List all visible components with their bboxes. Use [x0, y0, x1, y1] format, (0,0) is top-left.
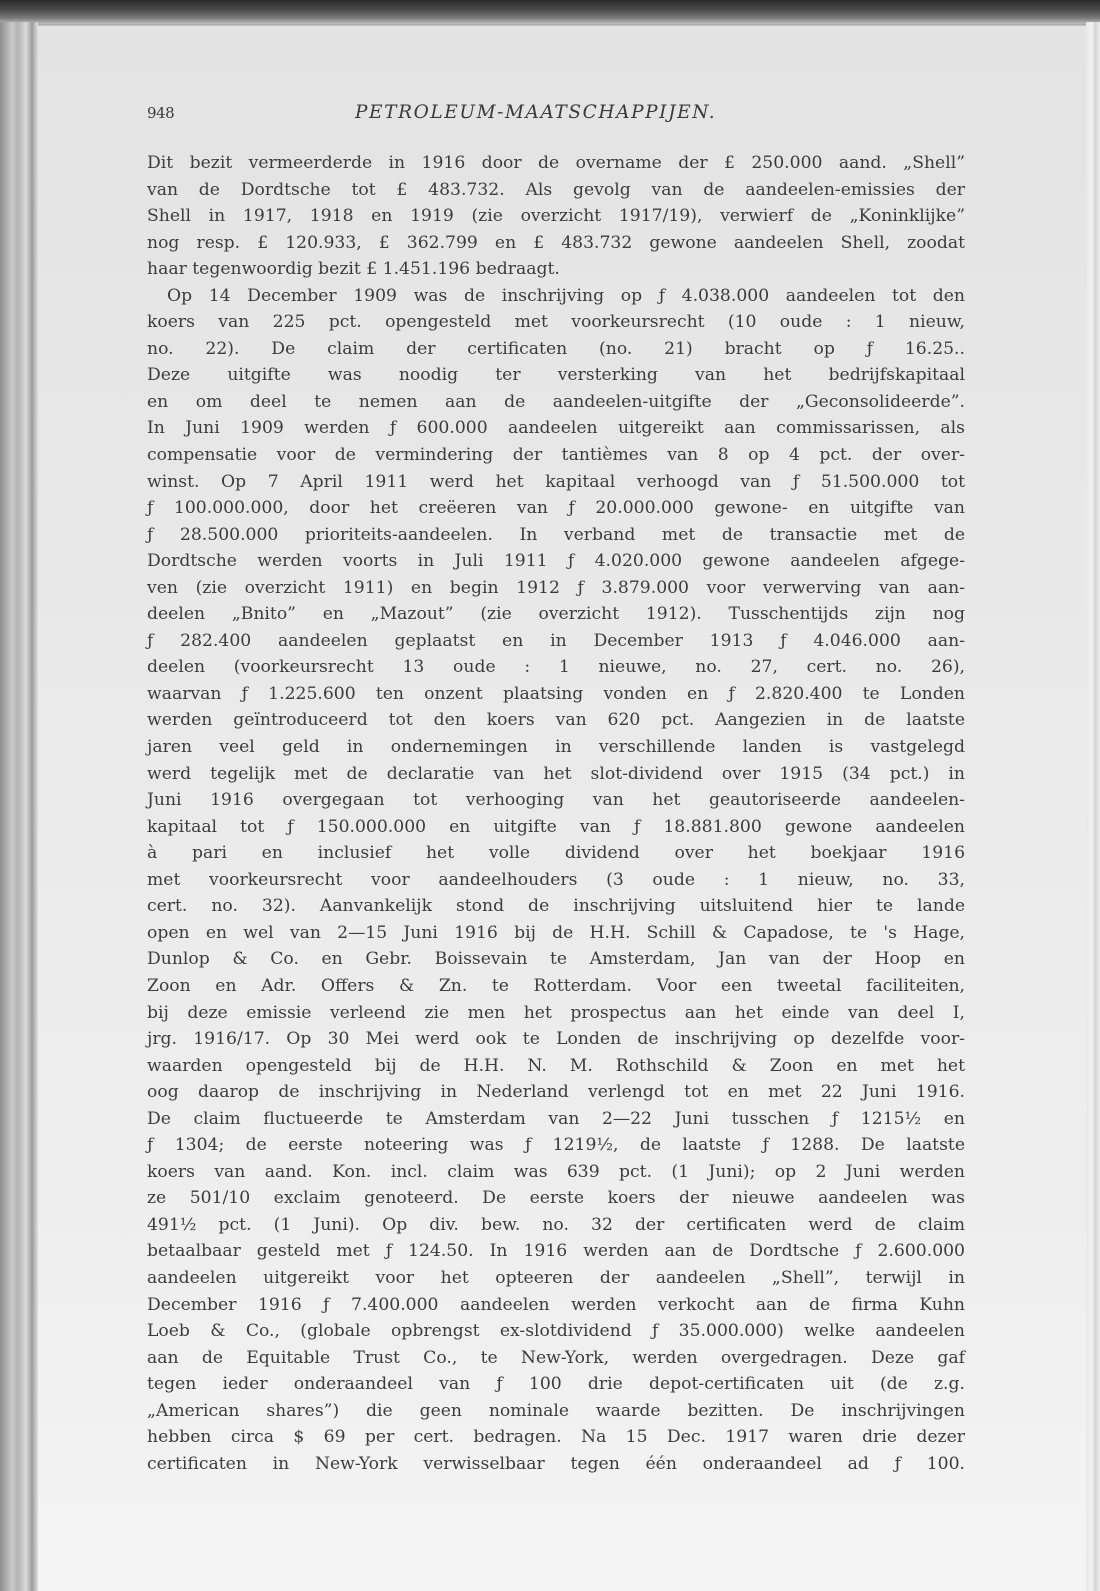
- text-line: nog resp. £ 120.933, £ 362.799 en £ 483.…: [147, 230, 965, 257]
- text-line: ven (zie overzicht 1911) en begin 1912 ƒ…: [147, 575, 965, 602]
- text-line: oog daarop de inschrijving in Nederland …: [147, 1079, 965, 1106]
- text-line: met voorkeursrecht voor aandeelhouders (…: [147, 867, 965, 894]
- text-line: ƒ 28.500.000 prioriteits-aandeelen. In v…: [147, 522, 965, 549]
- running-head: 948 PETROLEUM-MAATSCHAPPIJEN.: [147, 104, 965, 128]
- text-line: waarvan ƒ 1.225.600 ten onzent plaatsing…: [147, 681, 965, 708]
- text-line: en om deel te nemen aan de aandeelen-uit…: [147, 389, 965, 416]
- text-line: werden geïntroduceerd tot den koers van …: [147, 707, 965, 734]
- text-line: jrg. 1916/17. Op 30 Mei werd ook te Lond…: [147, 1026, 965, 1053]
- text-line: aandeelen uitgereikt voor het opteeren d…: [147, 1265, 965, 1292]
- text-line: no. 22). De claim der certificaten (no. …: [147, 336, 965, 363]
- text-line: Loeb & Co., (globale opbrengst ex-slotdi…: [147, 1318, 965, 1345]
- text-line: Dunlop & Co. en Gebr. Boissevain te Amst…: [147, 946, 965, 973]
- text-line: Zoon en Adr. Offers & Zn. te Rotterdam. …: [147, 973, 965, 1000]
- text-line: van de Dordtsche tot £ 483.732. Als gevo…: [147, 177, 965, 204]
- text-line: hebben circa $ 69 per cert. bedragen. Na…: [147, 1424, 965, 1451]
- text-line: winst. Op 7 April 1911 werd het kapitaal…: [147, 469, 965, 496]
- text-line: Shell in 1917, 1918 en 1919 (zie overzic…: [147, 203, 965, 230]
- text-line: waarden opengesteld bij de H.H. N. M. Ro…: [147, 1053, 965, 1080]
- text-line: à pari en inclusief het volle dividend o…: [147, 840, 965, 867]
- text-line: compensatie voor de vermindering der tan…: [147, 442, 965, 469]
- text-line: ƒ 100.000.000, door het creëeren van ƒ 2…: [147, 495, 965, 522]
- text-line: Op 14 December 1909 was de inschrijving …: [147, 283, 965, 310]
- text-line: tegen ieder onderaandeel van ƒ 100 drie …: [147, 1371, 965, 1398]
- running-title: PETROLEUM-MAATSCHAPPIJEN.: [355, 102, 716, 123]
- text-line: deelen „Bnito” en „Mazout” (zie overzich…: [147, 601, 965, 628]
- text-line: 491½ pct. (1 Juni). Op div. bew. no. 32 …: [147, 1212, 965, 1239]
- text-line: Deze uitgifte was noodig ter versterking…: [147, 362, 965, 389]
- book-spine-shadow: [0, 22, 38, 1591]
- page-number: 948: [147, 104, 174, 122]
- text-line: kapitaal tot ƒ 150.000.000 en uitgifte v…: [147, 814, 965, 841]
- text-line: werd tegelijk met de declaratie van het …: [147, 761, 965, 788]
- text-line: ze 501/10 exclaim genoteerd. De eerste k…: [147, 1185, 965, 1212]
- text-line: aan de Equitable Trust Co., te New-York,…: [147, 1345, 965, 1372]
- text-line: ƒ 282.400 aandeelen geplaatst en in Dece…: [147, 628, 965, 655]
- text-line: Dordtsche werden voorts in Juli 1911 ƒ 4…: [147, 548, 965, 575]
- text-line: betaalbaar gesteld met ƒ 124.50. In 1916…: [147, 1238, 965, 1265]
- text-line: koers van aand. Kon. incl. claim was 639…: [147, 1159, 965, 1186]
- text-line: certificaten in New-York verwisselbaar t…: [147, 1451, 965, 1478]
- text-line: Dit bezit vermeerderde in 1916 door de o…: [147, 150, 965, 177]
- text-line: jaren veel geld in ondernemingen in vers…: [147, 734, 965, 761]
- text-line: haar tegenwoordig bezit £ 1.451.196 bedr…: [147, 256, 965, 283]
- text-line: cert. no. 32). Aanvankelijk stond de ins…: [147, 893, 965, 920]
- text-line: „American shares”) die geen nominale waa…: [147, 1398, 965, 1425]
- text-line: De claim fluctueerde te Amsterdam van 2—…: [147, 1106, 965, 1133]
- text-line: open en wel van 2—15 Juni 1916 bij de H.…: [147, 920, 965, 947]
- text-line: ƒ 1304; de eerste noteering was ƒ 1219½,…: [147, 1132, 965, 1159]
- text-line: deelen (voorkeursrecht 13 oude : 1 nieuw…: [147, 654, 965, 681]
- body-text: Dit bezit vermeerderde in 1916 door de o…: [147, 150, 965, 1477]
- text-line: In Juni 1909 werden ƒ 600.000 aandeelen …: [147, 415, 965, 442]
- text-line: bij deze emissie verleend zie men het pr…: [147, 1000, 965, 1027]
- text-line: Juni 1916 overgegaan tot verhooging van …: [147, 787, 965, 814]
- scan-top-edge: [0, 0, 1100, 24]
- text-line: December 1916 ƒ 7.400.000 aandeelen werd…: [147, 1292, 965, 1319]
- text-line: koers van 225 pct. opengesteld met voork…: [147, 309, 965, 336]
- page-right-edge: [1086, 22, 1100, 1591]
